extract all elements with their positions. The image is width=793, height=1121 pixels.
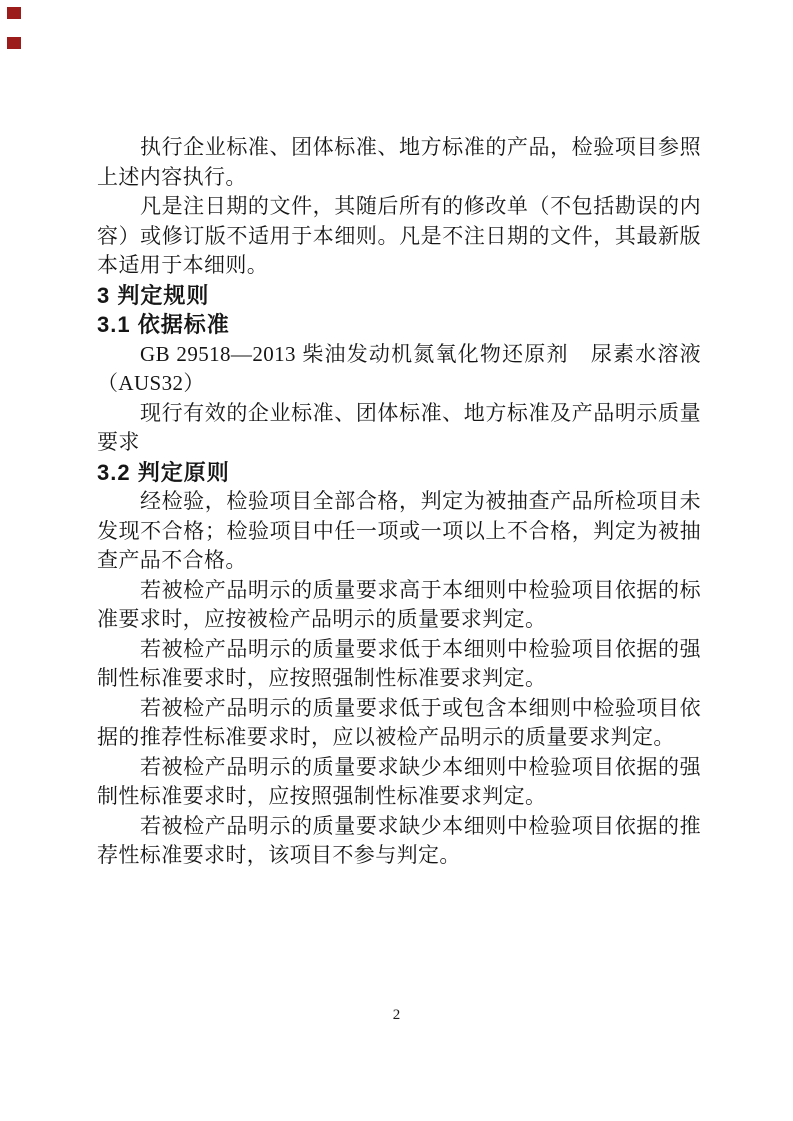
paragraph: 经检验，检验项目全部合格，判定为被抽查产品所检项目未发现不合格；检验项目中任一项… bbox=[97, 487, 701, 576]
paragraph: 若被检产品明示的质量要求缺少本细则中检验项目依据的强制性标准要求时，应按照强制性… bbox=[97, 753, 701, 812]
red-annotation-mark-1 bbox=[7, 7, 21, 19]
document-page: 执行企业标准、团体标准、地方标准的产品，检验项目参照上述内容执行。凡是注日期的文… bbox=[0, 0, 793, 1121]
page-number: 2 bbox=[0, 1006, 793, 1024]
paragraph: GB 29518—2013 柴油发动机氮氧化物还原剂 尿素水溶液（AUS32） bbox=[97, 340, 701, 399]
section-heading: 3.2 判定原则 bbox=[97, 458, 701, 488]
paragraph: 若被检产品明示的质量要求缺少本细则中检验项目依据的推荐性标准要求时，该项目不参与… bbox=[97, 812, 701, 871]
document-content: 执行企业标准、团体标准、地方标准的产品，检验项目参照上述内容执行。凡是注日期的文… bbox=[97, 133, 701, 871]
paragraph: 凡是注日期的文件，其随后所有的修改单（不包括勘误的内容）或修订版不适用于本细则。… bbox=[97, 192, 701, 281]
red-annotation-mark-2 bbox=[7, 37, 21, 49]
section-heading: 3 判定规则 bbox=[97, 281, 701, 311]
paragraph: 执行企业标准、团体标准、地方标准的产品，检验项目参照上述内容执行。 bbox=[97, 133, 701, 192]
section-heading: 3.1 依据标准 bbox=[97, 310, 701, 340]
paragraph: 若被检产品明示的质量要求低于或包含本细则中检验项目依据的推荐性标准要求时，应以被… bbox=[97, 694, 701, 753]
paragraph: 若被检产品明示的质量要求低于本细则中检验项目依据的强制性标准要求时，应按照强制性… bbox=[97, 635, 701, 694]
paragraph: 若被检产品明示的质量要求高于本细则中检验项目依据的标准要求时，应按被检产品明示的… bbox=[97, 576, 701, 635]
paragraph: 现行有效的企业标准、团体标准、地方标准及产品明示质量要求 bbox=[97, 399, 701, 458]
